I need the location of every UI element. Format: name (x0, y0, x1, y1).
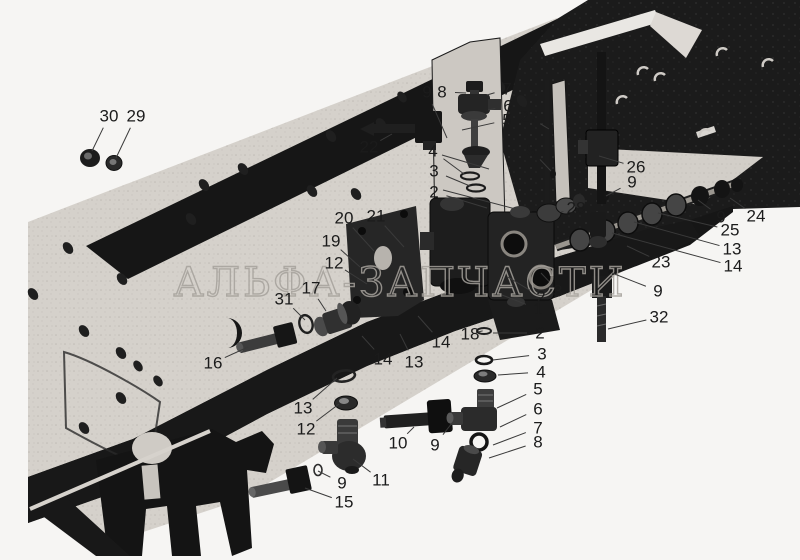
callout-label-10: 10 (389, 434, 408, 453)
callout-label-9: 9 (627, 173, 636, 192)
callout-label-16: 16 (204, 354, 223, 373)
callout-label-25: 25 (721, 221, 740, 240)
callout-leader-28 (561, 211, 563, 212)
callout-label-1: 1 (533, 300, 542, 319)
nut-29 (106, 156, 122, 171)
callout-label-13: 13 (405, 353, 424, 372)
grommet-12 (335, 396, 358, 410)
callout-label-14: 14 (432, 333, 451, 352)
callout-label-14: 14 (374, 350, 393, 369)
callout-leader-10 (407, 427, 414, 434)
callout-label-5: 5 (533, 380, 542, 399)
callout-label-17: 17 (302, 279, 321, 298)
callout-leader-7 (493, 433, 526, 445)
callout-label-30: 30 (100, 107, 119, 126)
callout-leader-8 (489, 446, 526, 458)
callout-label-5: 5 (502, 111, 511, 130)
callout-leader-9 (318, 471, 330, 477)
callout-leader-30 (92, 128, 103, 151)
callout-leader-15 (305, 488, 332, 498)
callout-label-3: 3 (537, 345, 546, 364)
callout-label-3: 3 (553, 282, 562, 301)
callout-label-8: 8 (437, 83, 446, 102)
callout-label-9: 9 (337, 474, 346, 493)
callout-label-19: 19 (322, 232, 341, 251)
cluster-shadow (488, 300, 560, 340)
callout-label-9: 9 (653, 282, 662, 301)
callout-label-14: 14 (724, 257, 743, 276)
grommet-4 (474, 370, 496, 382)
callout-label-8: 8 (533, 433, 542, 452)
bracket-notch (142, 464, 161, 499)
callout-label-6: 6 (533, 400, 542, 419)
callout-label-15: 15 (335, 493, 354, 512)
callout-label-9: 9 (422, 83, 431, 102)
callout-label-12: 12 (325, 254, 344, 273)
o-ring-3 (476, 356, 492, 364)
callout-label-18: 18 (461, 325, 480, 344)
callout-leader-29 (116, 128, 130, 158)
callout-label-28: 28 (567, 199, 586, 218)
callout-label-13: 13 (294, 399, 313, 418)
callout-label-9: 9 (430, 436, 439, 455)
callout-leader-5 (497, 394, 526, 408)
vertical-rod (545, 80, 549, 205)
callout-label-29: 29 (127, 107, 146, 126)
callout-leader-32 (608, 320, 646, 329)
callout-label-2: 2 (535, 324, 544, 343)
callout-label-32: 32 (650, 308, 669, 327)
callout-label-9: 9 (526, 141, 535, 160)
callout-label-12: 12 (297, 420, 316, 439)
callout-label-27: 27 (520, 108, 539, 127)
callout-leader-6 (500, 415, 526, 427)
callout-label-23: 23 (652, 253, 671, 272)
callout-label-4: 4 (428, 142, 437, 161)
callout-leader-4 (498, 373, 528, 375)
callout-label-11: 11 (372, 471, 390, 490)
callout-label-24: 24 (747, 207, 766, 226)
callout-label-20: 20 (335, 209, 354, 228)
callout-label-22: 22 (360, 138, 379, 157)
drain-valve-bottom (447, 389, 498, 487)
callout-label-2: 2 (429, 183, 438, 202)
callout-label-3: 3 (429, 162, 438, 181)
callout-label-21: 21 (367, 207, 386, 226)
o-ring-9-small (314, 465, 322, 476)
callout-leader-3 (493, 356, 529, 360)
diagram-stage: АЛЬФА-ЗАПЧАСТИ 3029987652722432926928924… (0, 0, 800, 560)
callout-label-31: 31 (275, 290, 294, 309)
truck-frame-parts-diagram: АЛЬФА-ЗАПЧАСТИ 3029987652722432926928924… (0, 0, 800, 560)
nut-30 (80, 149, 100, 167)
